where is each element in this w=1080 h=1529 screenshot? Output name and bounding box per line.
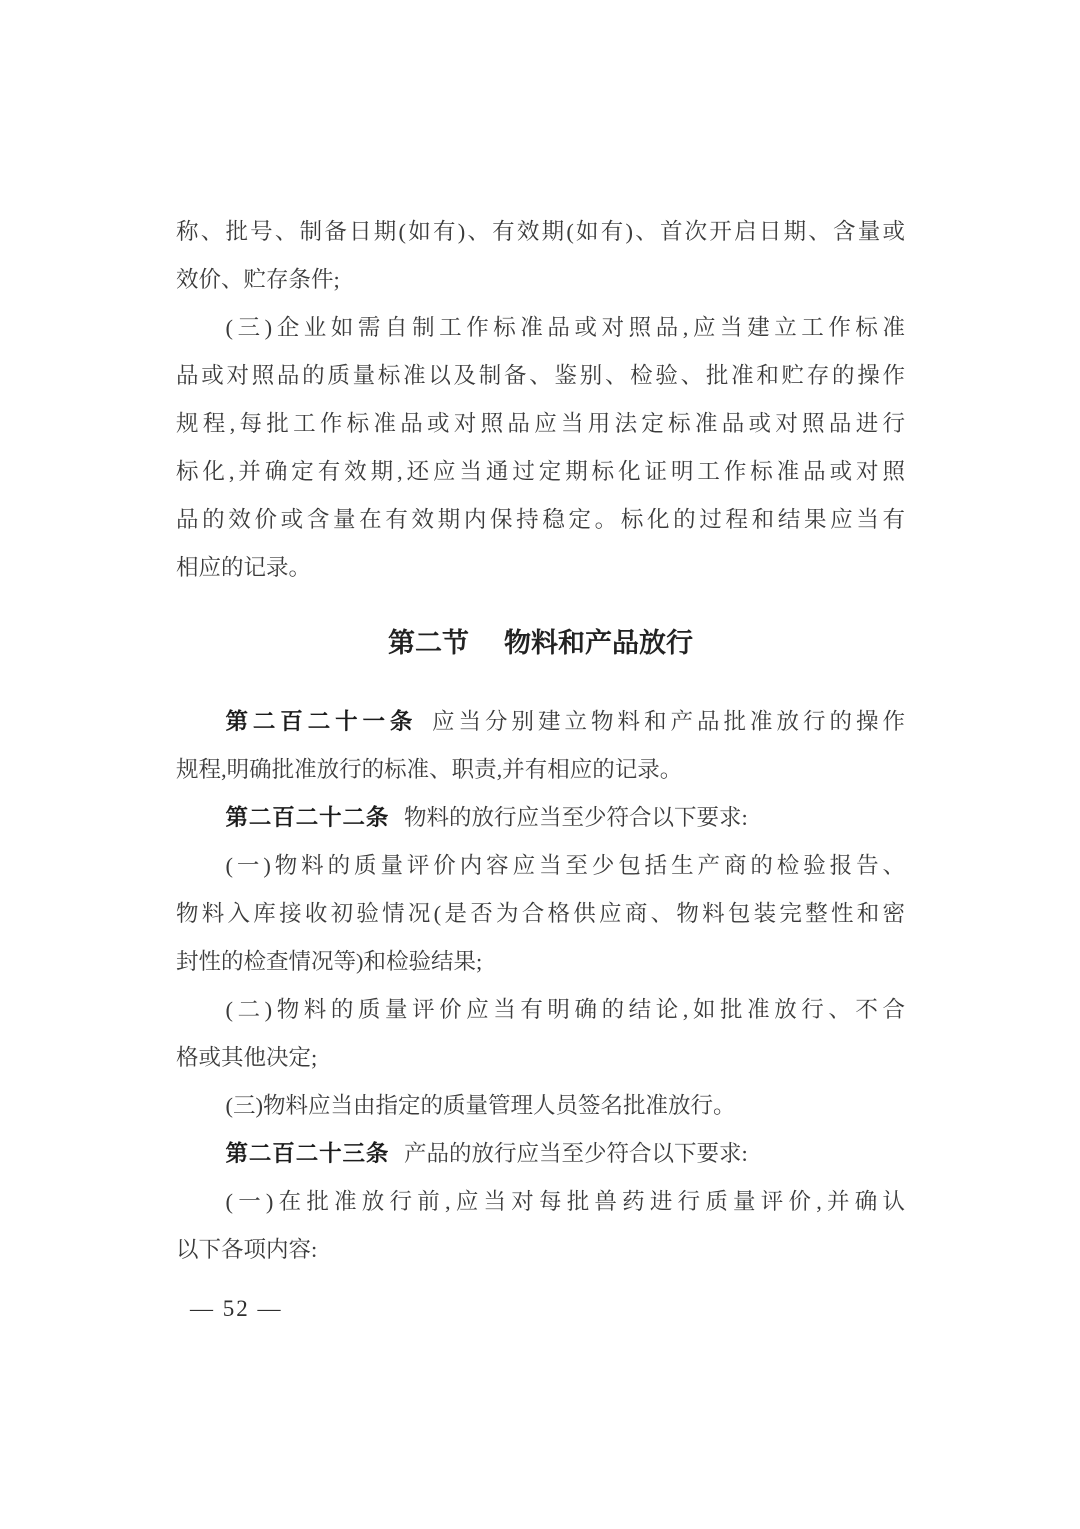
paragraph: (三)物料应当由指定的质量管理人员签名批准放行。	[176, 1082, 905, 1130]
paragraph: (三)企业如需自制工作标准品或对照品,应当建立工作标准品或对照品的质量标准以及制…	[176, 304, 905, 592]
text-line: 第二百二十三条产品的放行应当至少符合以下要求:	[176, 1130, 905, 1178]
article-number: 第二百二十三条	[226, 1141, 390, 1166]
text-line: 品或对照品的质量标准以及制备、鉴别、检验、批准和贮存的操作	[176, 352, 905, 400]
page-number: — 52 —	[190, 1296, 283, 1321]
article-number: 第二百二十一条	[226, 709, 418, 734]
paragraph: (二)物料的质量评价应当有明确的结论,如批准放行、不合格或其他决定;	[176, 986, 905, 1082]
text-line: (二)物料的质量评价应当有明确的结论,如批准放行、不合	[176, 986, 905, 1034]
paragraph: (一)在批准放行前,应当对每批兽药进行质量评价,并确认以下各项内容:	[176, 1178, 905, 1274]
text-line: 物料入库接收初验情况(是否为合格供应商、物料包装完整性和密	[176, 890, 905, 938]
text-line: 第二百二十二条物料的放行应当至少符合以下要求:	[176, 794, 905, 842]
text-line: 品的效价或含量在有效期内保持稳定。标化的过程和结果应当有	[176, 496, 905, 544]
text-line: 以下各项内容:	[176, 1226, 905, 1274]
paragraph: 称、批号、制备日期(如有)、有效期(如有)、首次开启日期、含量或效价、贮存条件;	[176, 208, 905, 304]
section-title: 物料和产品放行	[504, 628, 693, 658]
section-heading: 第二节物料和产品放行	[176, 619, 905, 667]
text-line: (三)物料应当由指定的质量管理人员签名批准放行。	[176, 1082, 905, 1130]
article-paragraph: 第二百二十三条产品的放行应当至少符合以下要求:	[176, 1130, 905, 1178]
article-paragraph: 第二百二十一条应当分别建立物料和产品批准放行的操作规程,明确批准放行的标准、职责…	[176, 698, 905, 794]
text-line: 标化,并确定有效期,还应当通过定期标化证明工作标准品或对照	[176, 448, 905, 496]
text-line: 格或其他决定;	[176, 1034, 905, 1082]
document-page: 称、批号、制备日期(如有)、有效期(如有)、首次开启日期、含量或效价、贮存条件;…	[0, 0, 1080, 1529]
section-label: 第二节	[388, 628, 469, 658]
text-line: 效价、贮存条件;	[176, 256, 905, 304]
text-line: 称、批号、制备日期(如有)、有效期(如有)、首次开启日期、含量或	[176, 208, 905, 256]
text-line: 规程,每批工作标准品或对照品应当用法定标准品或对照品进行	[176, 400, 905, 448]
article-number: 第二百二十二条	[226, 805, 390, 830]
article-paragraph: 第二百二十二条物料的放行应当至少符合以下要求:	[176, 794, 905, 842]
text-line: 第二百二十一条应当分别建立物料和产品批准放行的操作	[176, 698, 905, 746]
paragraph: (一)物料的质量评价内容应当至少包括生产商的检验报告、物料入库接收初验情况(是否…	[176, 842, 905, 986]
document-body: 称、批号、制备日期(如有)、有效期(如有)、首次开启日期、含量或效价、贮存条件;…	[176, 208, 905, 1274]
text-line: 封性的检查情况等)和检验结果;	[176, 938, 905, 986]
text-line: (一)物料的质量评价内容应当至少包括生产商的检验报告、	[176, 842, 905, 890]
text-line: 规程,明确批准放行的标准、职责,并有相应的记录。	[176, 746, 905, 794]
text-line: (三)企业如需自制工作标准品或对照品,应当建立工作标准	[176, 304, 905, 352]
text-line: 相应的记录。	[176, 544, 905, 592]
page-footer: — 52 —	[190, 1297, 283, 1321]
text-line: (一)在批准放行前,应当对每批兽药进行质量评价,并确认	[176, 1178, 905, 1226]
